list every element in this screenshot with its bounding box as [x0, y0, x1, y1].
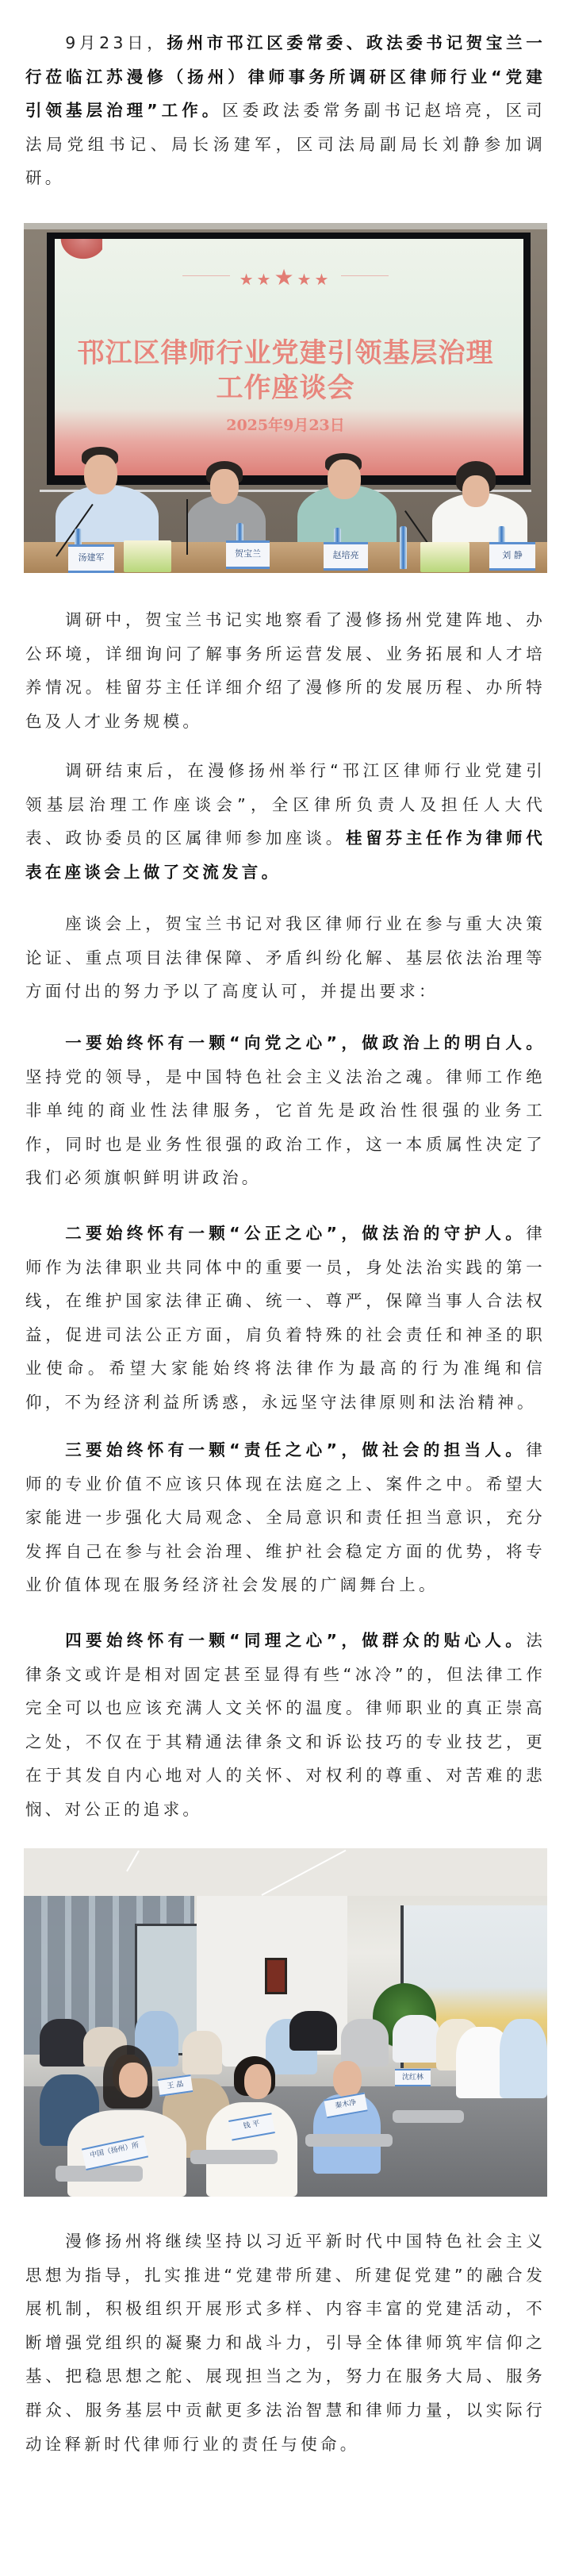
- microphone-icon: [186, 499, 188, 555]
- attendee-1: [56, 485, 159, 548]
- water-bottle: [400, 526, 407, 569]
- attendee: [393, 2015, 440, 2063]
- chair-desk: [56, 2166, 143, 2182]
- ceiling: [24, 1848, 547, 1896]
- paragraph-intro: 9月23日，扬州市邗江区委常委、政法委书记贺宝兰一行莅临江苏漫修（扬州）律师事务…: [25, 26, 546, 195]
- text-run: 律师作为法律职业共同体中的重要一员，身处法治实践的第一线，在维护国家法律正确、统…: [25, 1224, 546, 1412]
- wall-trim: [24, 223, 547, 229]
- paragraph-requirement-1: 一要始终怀有一颗“向党之心”，做政治上的明白人。坚持党的领导，是中国特色社会主义…: [25, 1026, 546, 1195]
- screen-title: 邗江区律师行业党建引领基层治理 工作座谈会: [24, 336, 547, 406]
- name-card: 贺宝兰: [226, 540, 270, 569]
- attendee-head: [119, 2063, 148, 2097]
- paragraph-visit: 调研中，贺宝兰书记实地察看了漫修扬州党建阵地、办公环境，详细询问了解事务所运营发…: [25, 603, 546, 738]
- attendee: [500, 2019, 547, 2098]
- bold-text-run: 三要始终怀有一颗“责任之心”，做社会的担当人。: [65, 1440, 526, 1459]
- tissue-box: [124, 540, 171, 572]
- paragraph-closing: 漫修扬州将继续坚持以习近平新时代中国特色社会主义思想为指导，扎实推进“党建带所建…: [25, 2224, 546, 2461]
- screen-title-line-2: 工作座谈会: [24, 371, 547, 406]
- small-stars-icon: ★★: [297, 270, 332, 289]
- chair-desk: [393, 2110, 464, 2123]
- text-run: 座谈会上，贺宝兰书记对我区律师行业在参与重大决策论证、重点项目法律保障、矛盾纠纷…: [25, 914, 546, 1001]
- text-run: 律师的专业价值不应该只体现在法庭之上、案件之中。希望大家能进一步强化大局观念、全…: [25, 1440, 546, 1594]
- paragraph-requirement-2: 二要始终怀有一颗“公正之心”，做法治的守护人。律师作为法律职业共同体中的重要一员…: [25, 1217, 546, 1420]
- paragraph-requirement-4: 四要始终怀有一颗“同理之心”，做群众的贴心人。法律条文或许是相对固定甚至显得有些…: [25, 1624, 546, 1827]
- text-run: 法律条文或许是相对固定甚至显得有些“冰冷”的，但法律工作完全可以也应该充满人文关…: [25, 1631, 546, 1819]
- attendee-1-head: [84, 455, 117, 494]
- chair-desk: [190, 2150, 278, 2164]
- attendee-head: [244, 2064, 271, 2099]
- screen-title-line-1: 邗江区律师行业党建引领基层治理: [24, 336, 547, 371]
- bold-text-run: 一要始终怀有一颗“向党之心”，做政治上的明白人。: [65, 1033, 546, 1052]
- small-stars-icon: ★★: [240, 270, 274, 289]
- wall-picture: [265, 1958, 287, 1994]
- large-star-icon: ★: [274, 264, 297, 290]
- attendee-3-head: [328, 459, 361, 499]
- attendee: [40, 2019, 87, 2067]
- attendee-head: [333, 2061, 362, 2097]
- text-run: 9月23日，: [65, 33, 167, 52]
- attendee: [182, 2031, 222, 2074]
- paragraph-symposium: 调研结束后，在漫修扬州举行“邗江区律师行业党建引领基层治理工作座谈会”，全区律所…: [25, 754, 546, 889]
- paragraph-requirement-3: 三要始终怀有一颗“责任之心”，做社会的担当人。律师的专业价值不应该只体现在法庭之…: [25, 1433, 546, 1602]
- tissue-box: [420, 542, 469, 572]
- attendee-4-head: [462, 475, 489, 507]
- chair-desk: [305, 2134, 393, 2147]
- bold-text-run: 二要始终怀有一颗“公正之心”，做法治的守护人。: [65, 1224, 526, 1243]
- text-run: 漫修扬州将继续坚持以习近平新时代中国特色社会主义思想为指导，扎实推进“党建带所建…: [25, 2232, 546, 2454]
- star-row-icon: ★★★★★: [24, 264, 547, 290]
- photo-symposium-audience: 中国（扬州）所 钱 平 秦木净 王 晶 沈红林: [24, 1848, 547, 2197]
- attendee-2-head: [210, 469, 239, 504]
- text-run: 坚持党的领导，是中国特色社会主义法治之魂。律师工作绝非单纯的商业性法律服务，它首…: [25, 1067, 546, 1188]
- photo-symposium-podium: ★★★★★ 邗江区律师行业党建引领基层治理 工作座谈会 2025年9月23日 汤…: [24, 223, 547, 573]
- attendee: [289, 2011, 337, 2051]
- red-ribbon-decoration: [55, 239, 102, 264]
- text-run: 调研中，贺宝兰书记实地察看了漫修扬州党建阵地、办公环境，详细询问了解事务所运营发…: [25, 610, 546, 731]
- name-card: 赵培亮: [324, 542, 368, 571]
- name-card: 汤建军: [68, 544, 114, 573]
- name-card: 刘 静: [489, 542, 535, 571]
- name-card: 沈红林: [395, 2069, 431, 2086]
- screen-date: 2025年9月23日: [24, 413, 547, 435]
- bold-text-run: 四要始终怀有一颗“同理之心”，做群众的贴心人。: [65, 1631, 526, 1650]
- paragraph-requirements-intro: 座谈会上，贺宝兰书记对我区律师行业在参与重大决策论证、重点项目法律保障、矛盾纠纷…: [25, 907, 546, 1009]
- attendee: [341, 2019, 389, 2067]
